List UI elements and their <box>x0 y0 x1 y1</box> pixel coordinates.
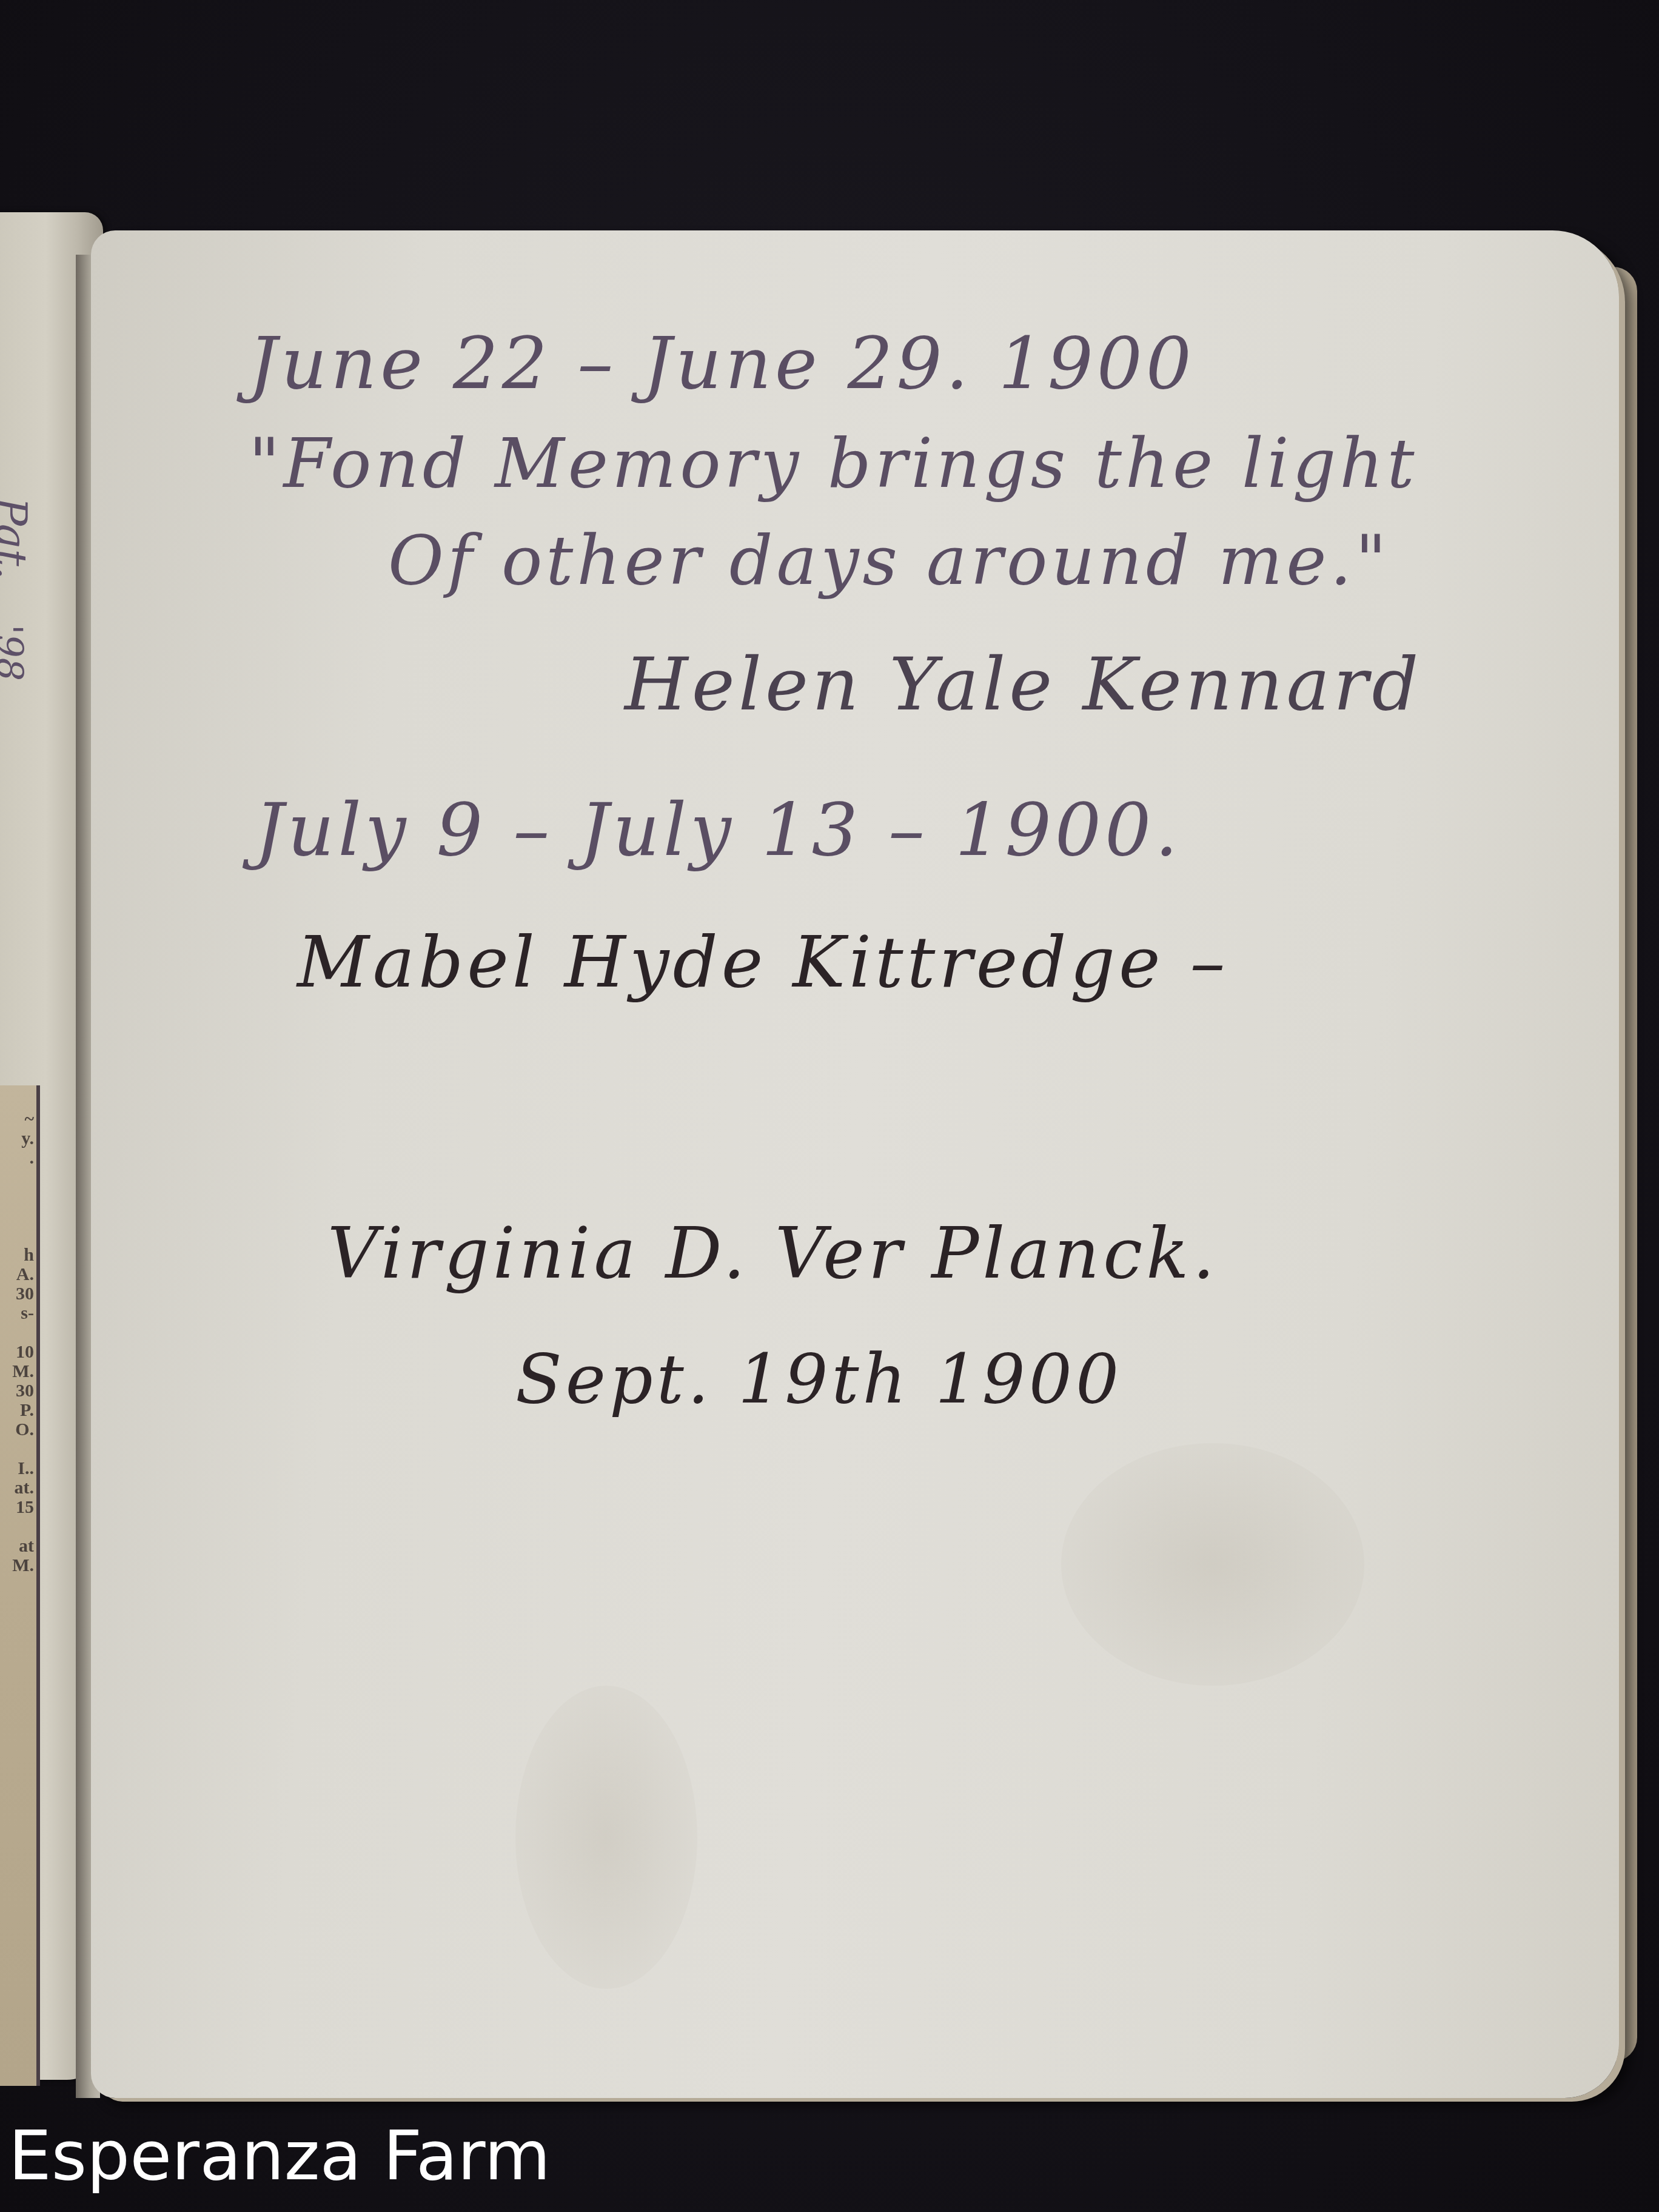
entry-1-quote-line-2: Of other days around me." <box>388 521 1390 600</box>
entry-2-signature: Mabel Hyde Kittredge – <box>297 922 1228 1004</box>
entry-3-signature: Virginia D. Ver Planck. <box>327 1213 1218 1295</box>
newspaper-clipping: ~ y. . h A. 30 s- 10 M. 30 P. O. I.. at.… <box>0 1085 40 2086</box>
page-edge-stack <box>1613 267 1637 2062</box>
clipping-text: ~ y. . h A. 30 s- 10 M. 30 P. O. I.. at.… <box>0 1110 34 1575</box>
marginal-number: '98 <box>0 625 30 681</box>
paper-stain <box>515 1686 697 1989</box>
entry-3-date: Sept. 19th 1900 <box>515 1340 1122 1419</box>
paper-stain <box>1061 1443 1364 1686</box>
entry-1-date-range: June 22 – June 29. 1900 <box>249 321 1195 405</box>
right-page: June 22 – June 29. 1900 "Fond Memory bri… <box>91 230 1619 2098</box>
entry-1-signature: Helen Yale Kennard <box>625 643 1422 727</box>
watermark: Esperanza Farm <box>8 2122 551 2190</box>
entry-1-quote-line-1: "Fond Memory brings the light <box>249 424 1418 503</box>
entry-2-date-range: July 9 – July 13 – 1900. <box>255 788 1182 873</box>
marginal-note: Pat. <box>0 497 36 580</box>
